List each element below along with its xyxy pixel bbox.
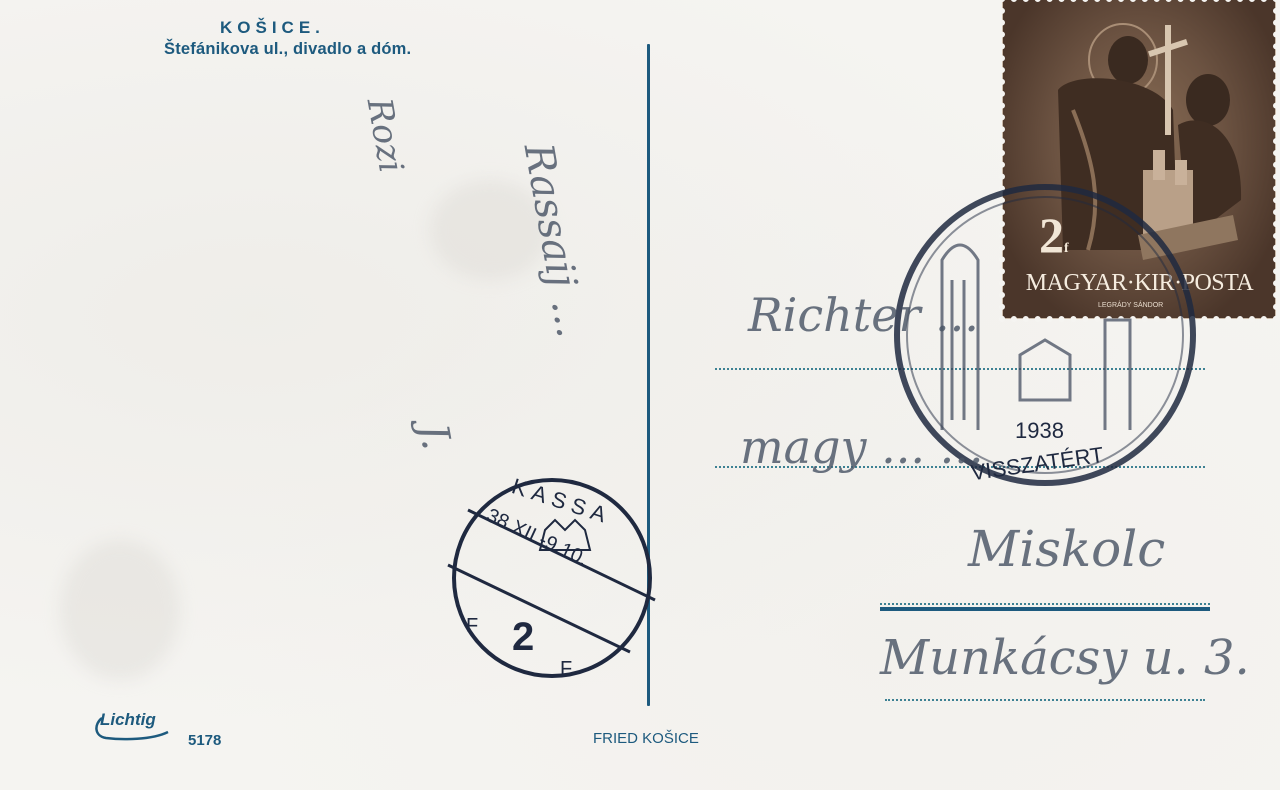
handwritten-address-line-1: Richter ...	[748, 288, 979, 342]
publisher-logo: Lichtig	[92, 710, 172, 744]
card-title-subtitle: Štefánikova ul., divadlo a dóm.	[164, 40, 411, 59]
paper-stain	[60, 540, 180, 680]
kassa-postmark-icon: KASSA 38.XII.-9.10. F F 2	[430, 470, 670, 690]
publisher-name: FRIED KOŠICE	[593, 730, 699, 747]
handwritten-message-line-1: Rozi	[359, 95, 411, 176]
handwritten-address-line-2: magy ... ...	[740, 420, 983, 474]
address-line-4	[885, 699, 1205, 701]
address-underline	[880, 607, 1210, 611]
svg-text:F: F	[466, 615, 478, 637]
svg-text:2: 2	[512, 615, 534, 659]
handwritten-address-street: Munkácsy u. 3.	[880, 630, 1250, 686]
svg-text:1938: 1938	[1015, 418, 1064, 443]
handwritten-address-city: Miskolc	[968, 520, 1165, 578]
card-title-city: KOŠICE.	[220, 18, 325, 38]
postcard-back: KOŠICE. Štefánikova ul., divadlo a dóm. …	[0, 0, 1280, 790]
svg-text:F: F	[560, 658, 572, 680]
catalog-number: 5178	[188, 732, 221, 749]
address-line-3	[880, 603, 1210, 605]
handwritten-signature: J.	[410, 420, 460, 453]
